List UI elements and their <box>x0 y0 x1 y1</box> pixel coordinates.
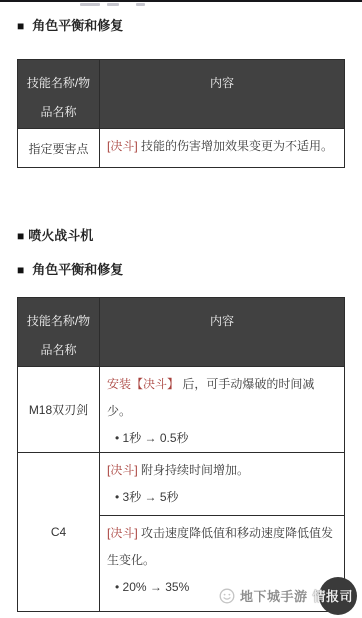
smiley-face-icon <box>219 588 235 604</box>
duel-tag: [决斗] <box>107 139 138 153</box>
section-heading-balance-1: ■ 角色平衡和修复 <box>17 19 362 33</box>
balance-table-1: 技能名称/物品名称 内容 指定要害点 [决斗] 技能的伤害增加效果变更为不适用。 <box>17 59 345 168</box>
watermark: 地下城手游情报司 <box>212 573 362 618</box>
table-row: 指定要害点 [决斗] 技能的伤害增加效果变更为不适用。 <box>18 129 345 168</box>
section-square-marker-icon: ■ <box>17 264 24 276</box>
duel-tag: [决斗] <box>107 463 138 477</box>
content-cell: [决斗] 技能的伤害增加效果变更为不适用。 <box>100 129 345 168</box>
table-row-c4-1: C4 [决斗] 附身持续时间增加。 • 3秒 → 5秒 <box>18 453 345 516</box>
section-heading-flame-fighter: ■ 喷火战斗机 <box>17 229 362 243</box>
section-heading-label: 角色平衡和修复 <box>32 19 123 33</box>
change-text: 技能的伤害增加效果变更为不适用。 <box>138 139 333 153</box>
change-line: [决斗] 攻击速度降低值和移动速度降低值发生变化。 <box>107 520 337 574</box>
duel-tag: 安装【决斗】 <box>107 377 179 391</box>
change-text: 攻击速度降低值和移动速度降低值发生变化。 <box>107 526 333 567</box>
skill-name-cell: 指定要害点 <box>18 129 100 168</box>
value-change-bullet: • 3秒 → 5秒 <box>107 484 337 511</box>
document-body: ■ 角色平衡和修复 技能名称/物品名称 内容 指定要害点 [决斗] 技能的伤害增… <box>0 0 362 612</box>
section-square-marker-icon: ■ <box>17 230 24 242</box>
table-row-m18: M18双刃剑 安装【决斗】 后，可手动爆破的时间减少。 • 1秒 → 0.5秒 <box>18 367 345 453</box>
watermark-text-on-circle: 情报司 <box>312 586 353 605</box>
watermark-text: 地下城手游 <box>240 586 308 605</box>
content-cell: [决斗] 附身持续时间增加。 • 3秒 → 5秒 <box>100 453 345 516</box>
table-header-row: 技能名称/物品名称 内容 <box>18 60 345 129</box>
content-cell: 安装【决斗】 后，可手动爆破的时间减少。 • 1秒 → 0.5秒 <box>100 367 345 453</box>
section-heading-label: 喷火战斗机 <box>28 229 93 243</box>
column-header-skill-name: 技能名称/物品名称 <box>18 60 100 129</box>
change-line: [决斗] 附身持续时间增加。 <box>107 457 337 484</box>
duel-tag: [决斗] <box>107 526 138 540</box>
change-line: 安装【决斗】 后，可手动爆破的时间减少。 <box>107 371 337 425</box>
table-header-row: 技能名称/物品名称 内容 <box>18 298 345 367</box>
section-square-marker-icon: ■ <box>17 20 24 32</box>
column-header-skill-name: 技能名称/物品名称 <box>18 298 100 367</box>
balance-table-2: 技能名称/物品名称 内容 M18双刃剑 安装【决斗】 后，可手动爆破的时间减少。… <box>17 297 345 612</box>
skill-name-cell: M18双刃剑 <box>18 367 100 453</box>
skill-name-cell: C4 <box>18 453 100 612</box>
section-heading-label: 角色平衡和修复 <box>32 263 123 277</box>
value-change-bullet: • 1秒 → 0.5秒 <box>107 425 337 452</box>
section-heading-balance-2: ■ 角色平衡和修复 <box>17 263 362 277</box>
change-text: 附身持续时间增加。 <box>138 463 249 477</box>
watermark-text-row: 地下城手游情报司 <box>219 586 353 605</box>
column-header-content: 内容 <box>100 60 345 129</box>
column-header-content: 内容 <box>100 298 345 367</box>
